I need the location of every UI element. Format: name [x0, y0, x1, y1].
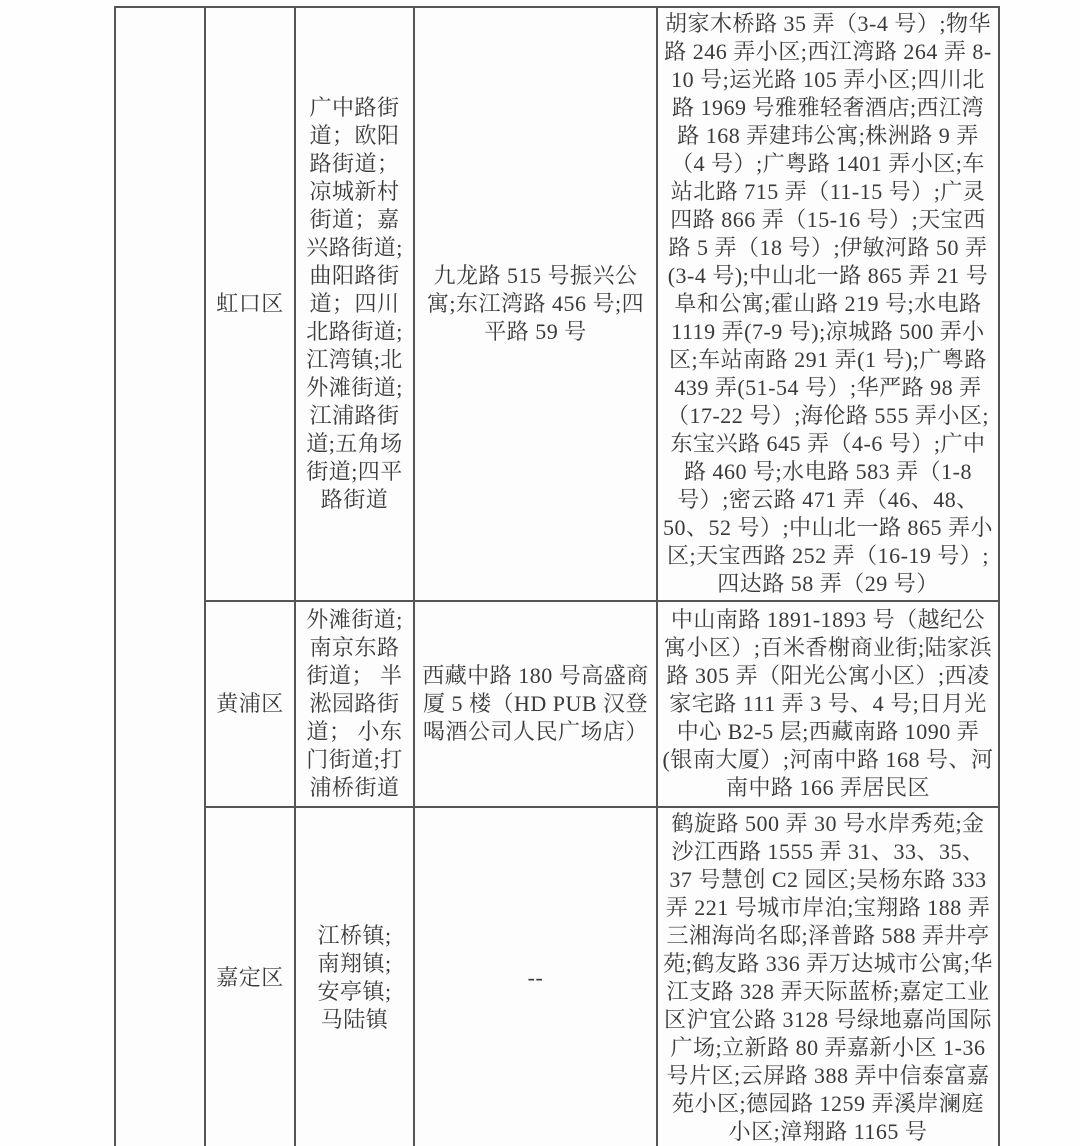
- district-name-jiading: 嘉定区: [205, 807, 295, 1146]
- left-spacer-cell: [115, 7, 205, 1146]
- table-row-huangpu: 黄浦区 外滩街道;南京东路街道； 半淞园路街道； 小东门街道;打浦桥街道 西藏中…: [115, 601, 999, 807]
- streets-cell-jiading: 江桥镇; 南翔镇; 安亭镇; 马陆镇: [295, 807, 414, 1146]
- document-page: 虹口区 广中路街道；欧阳路街道；凉城新村街道；嘉兴路街道;曲阳路街道；四川北路街…: [0, 0, 1080, 1146]
- venues-cell-huangpu: 西藏中路 180 号高盛商厦 5 楼（HD PUB 汉登喝酒公司人民广场店）: [414, 601, 657, 807]
- areas-cell-huangpu: 中山南路 1891-1893 号（越纪公寓小区）;百米香榭商业街;陆家浜路 30…: [657, 601, 999, 807]
- streets-cell-hongkou: 广中路街道；欧阳路街道；凉城新村街道；嘉兴路街道;曲阳路街道；四川北路街道;江湾…: [295, 7, 414, 601]
- venues-cell-jiading: --: [414, 807, 657, 1146]
- district-name-huangpu: 黄浦区: [205, 601, 295, 807]
- district-name-hongkou: 虹口区: [205, 7, 295, 601]
- district-address-table: 虹口区 广中路街道；欧阳路街道；凉城新村街道；嘉兴路街道;曲阳路街道；四川北路街…: [114, 6, 1000, 1146]
- table-row-hongkou: 虹口区 广中路街道；欧阳路街道；凉城新村街道；嘉兴路街道;曲阳路街道；四川北路街…: [115, 7, 999, 601]
- areas-cell-jiading: 鹤旋路 500 弄 30 号水岸秀苑;金沙江西路 1555 弄 31、33、35…: [657, 807, 999, 1146]
- streets-cell-huangpu: 外滩街道;南京东路街道； 半淞园路街道； 小东门街道;打浦桥街道: [295, 601, 414, 807]
- areas-cell-hongkou: 胡家木桥路 35 弄（3-4 号）;物华路 246 弄小区;西江湾路 264 弄…: [657, 7, 999, 601]
- venues-cell-hongkou: 九龙路 515 号振兴公寓;东江湾路 456 号;四平路 59 号: [414, 7, 657, 601]
- table-row-jiading: 嘉定区 江桥镇; 南翔镇; 安亭镇; 马陆镇 -- 鹤旋路 500 弄 30 号…: [115, 807, 999, 1146]
